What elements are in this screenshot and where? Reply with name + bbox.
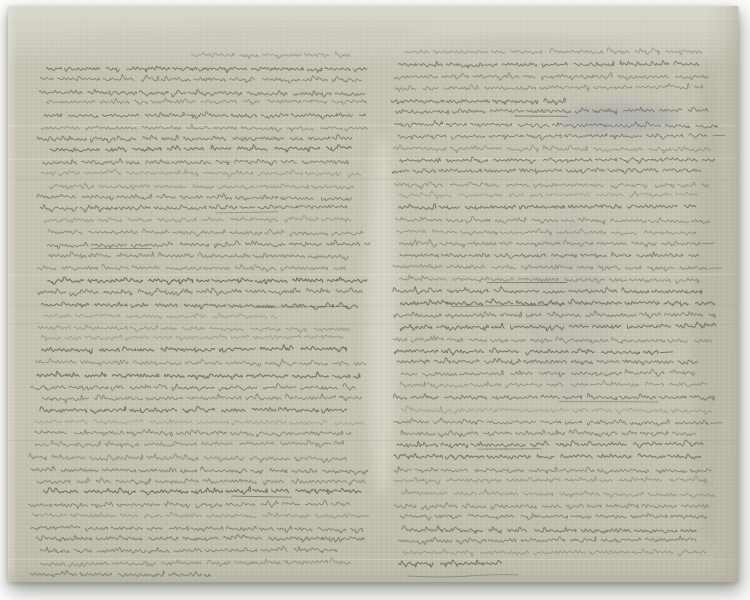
photo-backdrop bbox=[0, 0, 750, 600]
artwork-canvas bbox=[8, 6, 738, 582]
handwriting-svg bbox=[8, 6, 738, 582]
